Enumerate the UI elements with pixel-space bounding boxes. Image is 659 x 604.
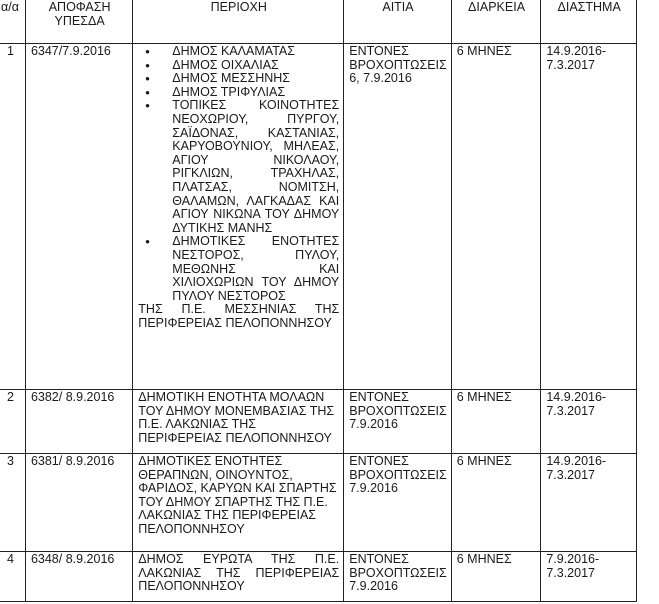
header-decision: ΑΠΟΦΑΣΗ ΥΠΕΣΔΑ (25, 0, 132, 44)
area-bullet: ΔΗΜΟΤΙΚΕΣ ΕΝΟΤΗΤΕΣ ΝΕΣΤΟΡΟΣ, ΠΥΛΟΥ, ΜΕΘΩ… (172, 235, 339, 303)
cell-decision: 6381/ 8.9.2016 (25, 454, 132, 552)
cell-area: ΔΗΜΟΤΙΚΕΣ ΕΝΟΤΗΤΕΣ ΘΕΡΑΠΝΩΝ, ΟΙΝΟΥΝΤΟΣ, … (133, 454, 344, 552)
cell-cause: ΕΝΤΟΝΕΣ ΒΡΟΧΟΠΤΩΣΕΙΣ 7.9.2016 (344, 552, 452, 602)
cell-cause: ΕΝΤΟΝΕΣ ΒΡΟΧΟΠΤΩΣΕΙΣ 6, 7.9.2016 (344, 44, 452, 390)
cell-aa: 4 (0, 552, 25, 602)
area-bullet: ΔΗΜΟΣ ΜΕΣΣΗΝΗΣ (172, 72, 339, 86)
cell-decision: 6382/ 8.9.2016 (25, 390, 132, 454)
cell-duration: 6 ΜΗΝΕΣ (451, 454, 541, 552)
header-period: ΔΙΑΣΤΗΜΑ (541, 0, 637, 44)
area-bullet: ΔΗΜΟΣ ΤΡΙΦΥΛΙΑΣ (172, 86, 339, 100)
cell-area: ΔΗΜΟΣ ΕΥΡΩΤΑ ΤΗΣ Π.Ε. ΛΑΚΩΝΙΑΣ ΤΗΣ ΠΕΡΙΦ… (133, 552, 344, 602)
header-aa: α/α (0, 0, 25, 44)
cell-aa: 2 (0, 390, 25, 454)
area-bullet: ΔΗΜΟΣ ΚΑΛΑΜΑΤΑΣ (172, 45, 339, 59)
header-area: ΠΕΡΙΟΧΗ (133, 0, 344, 44)
header-duration: ΔΙΑΡΚΕΙΑ (451, 0, 541, 44)
cell-duration: 6 ΜΗΝΕΣ (451, 390, 541, 454)
header-cause: ΑΙΤΙΑ (344, 0, 452, 44)
cell-period: 14.9.2016-7.3.2017 (541, 390, 637, 454)
cell-aa: 1 (0, 44, 25, 390)
table-row: 1 6347/7.9.2016 ΔΗΜΟΣ ΚΑΛΑΜΑΤΑΣ ΔΗΜΟΣ ΟΙ… (0, 44, 637, 390)
cell-duration: 6 ΜΗΝΕΣ (451, 44, 541, 390)
cell-aa: 3 (0, 454, 25, 552)
cell-period: 7.9.2016-7.3.2017 (541, 552, 637, 602)
table-header-row: α/α ΑΠΟΦΑΣΗ ΥΠΕΣΔΑ ΠΕΡΙΟΧΗ ΑΙΤΙΑ ΔΙΑΡΚΕΙ… (0, 0, 637, 44)
table-row: 4 6348/ 8.9.2016 ΔΗΜΟΣ ΕΥΡΩΤΑ ΤΗΣ Π.Ε. Λ… (0, 552, 637, 602)
emergency-declarations-table: α/α ΑΠΟΦΑΣΗ ΥΠΕΣΔΑ ΠΕΡΙΟΧΗ ΑΙΤΙΑ ΔΙΑΡΚΕΙ… (0, 0, 637, 602)
area-bullet: ΤΟΠΙΚΕΣ ΚΟΙΝΟΤΗΤΕΣ ΝΕΟΧΩΡΙΟΥ, ΠΥΡΓΟΥ, ΣΑ… (172, 99, 339, 235)
cell-cause: ΕΝΤΟΝΕΣ ΒΡΟΧΟΠΤΩΣΕΙΣ 7.9.2016 (344, 454, 452, 552)
table-row: 3 6381/ 8.9.2016 ΔΗΜΟΤΙΚΕΣ ΕΝΟΤΗΤΕΣ ΘΕΡΑ… (0, 454, 637, 552)
cell-decision: 6348/ 8.9.2016 (25, 552, 132, 602)
cell-period: 14.9.2016-7.3.2017 (541, 44, 637, 390)
cell-decision: 6347/7.9.2016 (25, 44, 132, 390)
cell-cause: ΕΝΤΟΝΕΣ ΒΡΟΧΟΠΤΩΣΕΙΣ 7.9.2016 (344, 390, 452, 454)
cell-duration: 6 ΜΗΝΕΣ (451, 552, 541, 602)
cell-area: ΔΗΜΟΤΙΚΗ ΕΝΟΤΗΤΑ ΜΟΛΑΩΝ ΤΟΥ ΔΗΜΟΥ ΜΟΝΕΜΒ… (133, 390, 344, 454)
area-bullet-list: ΔΗΜΟΣ ΚΑΛΑΜΑΤΑΣ ΔΗΜΟΣ ΟΙΧΑΛΙΑΣ ΔΗΜΟΣ ΜΕΣ… (138, 45, 339, 303)
cell-period: 14.9.2016-7.3.2017 (541, 454, 637, 552)
cell-area: ΔΗΜΟΣ ΚΑΛΑΜΑΤΑΣ ΔΗΜΟΣ ΟΙΧΑΛΙΑΣ ΔΗΜΟΣ ΜΕΣ… (133, 44, 344, 390)
area-tail: ΤΗΣ Π.Ε. ΜΕΣΣΗΝΙΑΣ ΤΗΣ ΠΕΡΙΦΕΡΕΙΑΣ ΠΕΛΟΠ… (138, 303, 339, 330)
table-row: 2 6382/ 8.9.2016 ΔΗΜΟΤΙΚΗ ΕΝΟΤΗΤΑ ΜΟΛΑΩΝ… (0, 390, 637, 454)
area-bullet: ΔΗΜΟΣ ΟΙΧΑΛΙΑΣ (172, 59, 339, 73)
